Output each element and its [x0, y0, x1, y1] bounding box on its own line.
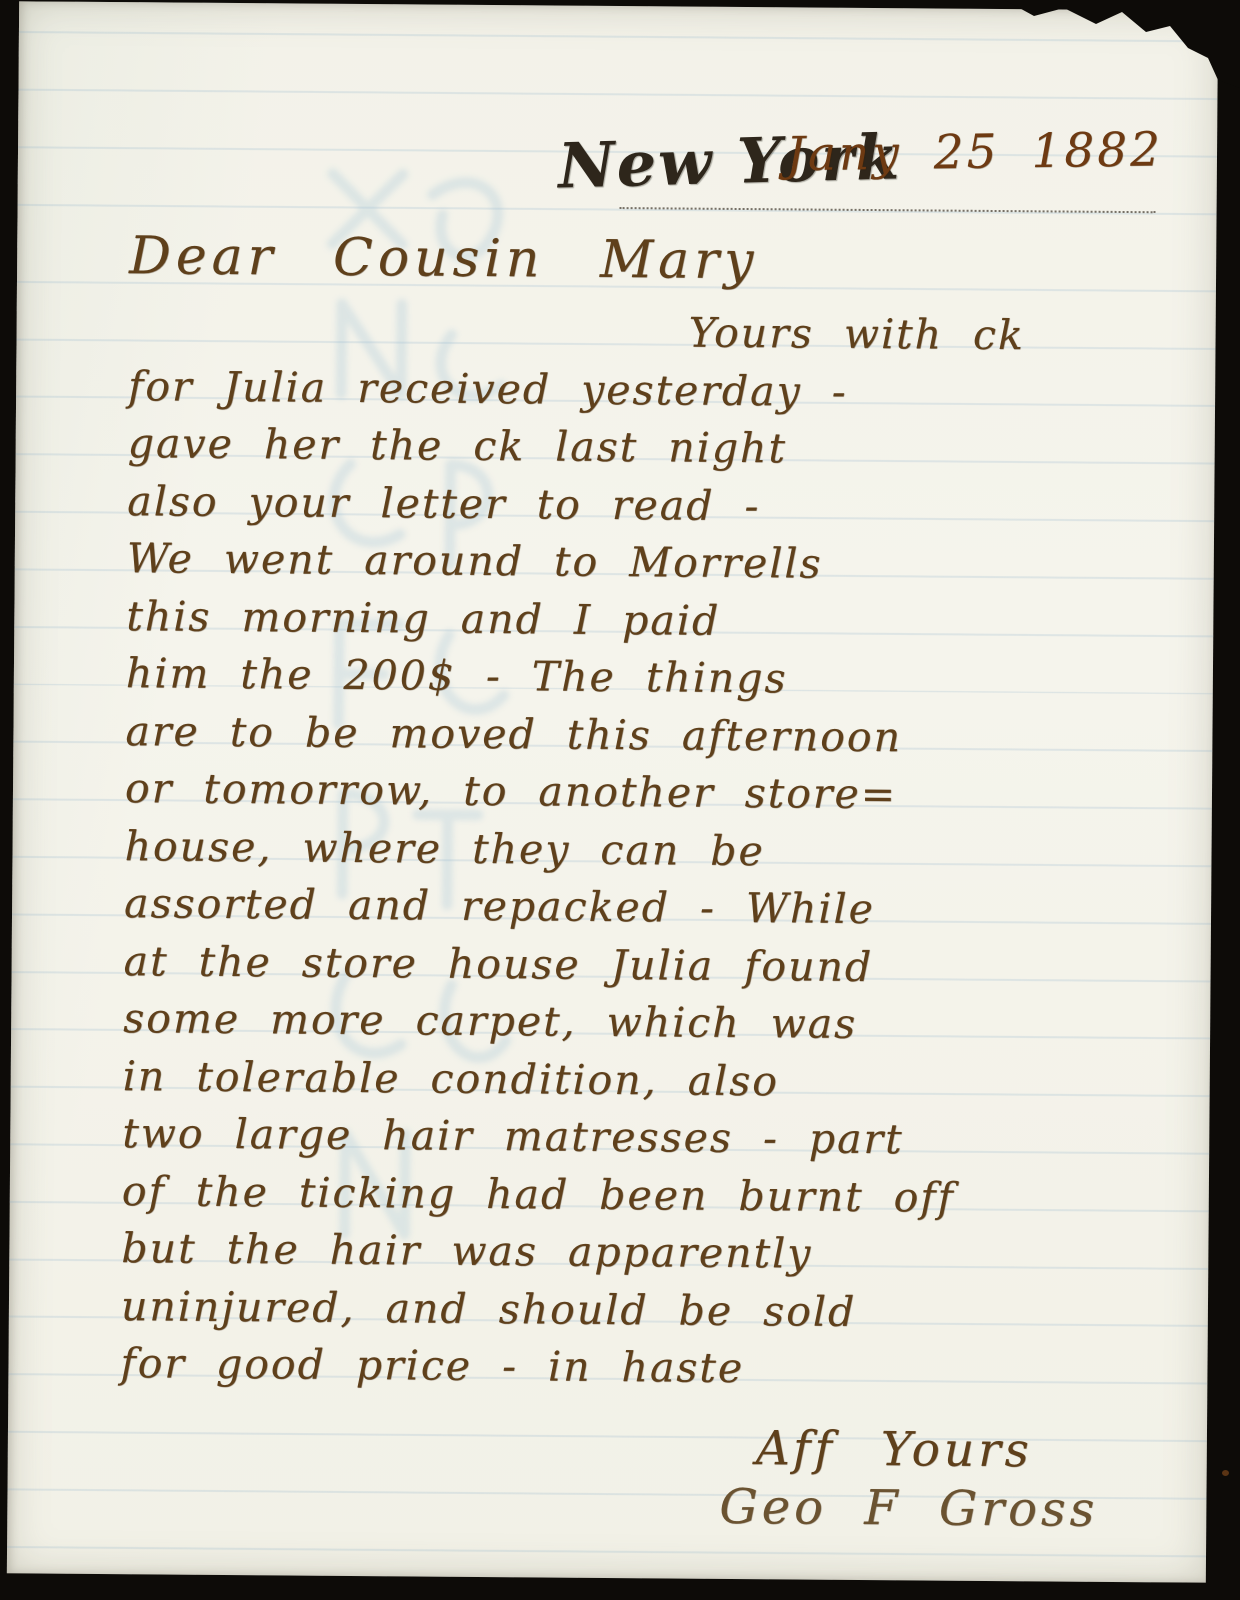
letter-body: Yours with ck for Julia received yesterd… — [120, 304, 1189, 1405]
signature: Geo F Gross — [719, 1479, 1098, 1538]
letter-line: but the hair was apparently — [121, 1224, 1181, 1290]
letter-line: this morning and I paid — [126, 592, 1186, 658]
closing: Aff Yours — [756, 1421, 1033, 1478]
letter-line: for Julia received yesterday - — [128, 362, 1188, 428]
letter-line: him the 200$ - The things — [126, 649, 1186, 715]
letter-page: New York Jany 25 1882 Dear Cousin Mary Y… — [7, 1, 1218, 1582]
letter-line: in tolerable condition, also — [122, 1052, 1182, 1118]
letter-line: of the ticking had been burnt off — [122, 1167, 1182, 1233]
date: Jany 25 1882 — [786, 122, 1164, 182]
letter-line: at the store house Julia found — [123, 937, 1183, 1003]
salutation: Dear Cousin Mary — [129, 226, 759, 291]
letter-line: assorted and repacked - While — [124, 879, 1184, 945]
letter-line: We went around to Morrells — [127, 534, 1187, 600]
ink-speck — [1222, 1470, 1229, 1476]
letter-line: for good price - in haste — [120, 1339, 1180, 1405]
letter-line: house, where they can be — [124, 822, 1184, 888]
letter-line: or tomorrow, to another store= — [125, 764, 1185, 830]
letter-line: also your letter to read - — [127, 477, 1187, 543]
scanned-letter: New York Jany 25 1882 Dear Cousin Mary Y… — [0, 0, 1240, 1600]
letter-line: are to be moved this afternoon — [125, 707, 1185, 773]
letter-line: gave her the ck last night — [127, 419, 1187, 485]
letter-line: Yours with ck — [128, 304, 1188, 370]
letter-line: two large hair matresses - part — [122, 1109, 1182, 1175]
letter-line: uninjured, and should be sold — [121, 1282, 1181, 1348]
letter-line: some more carpet, which was — [123, 994, 1183, 1060]
